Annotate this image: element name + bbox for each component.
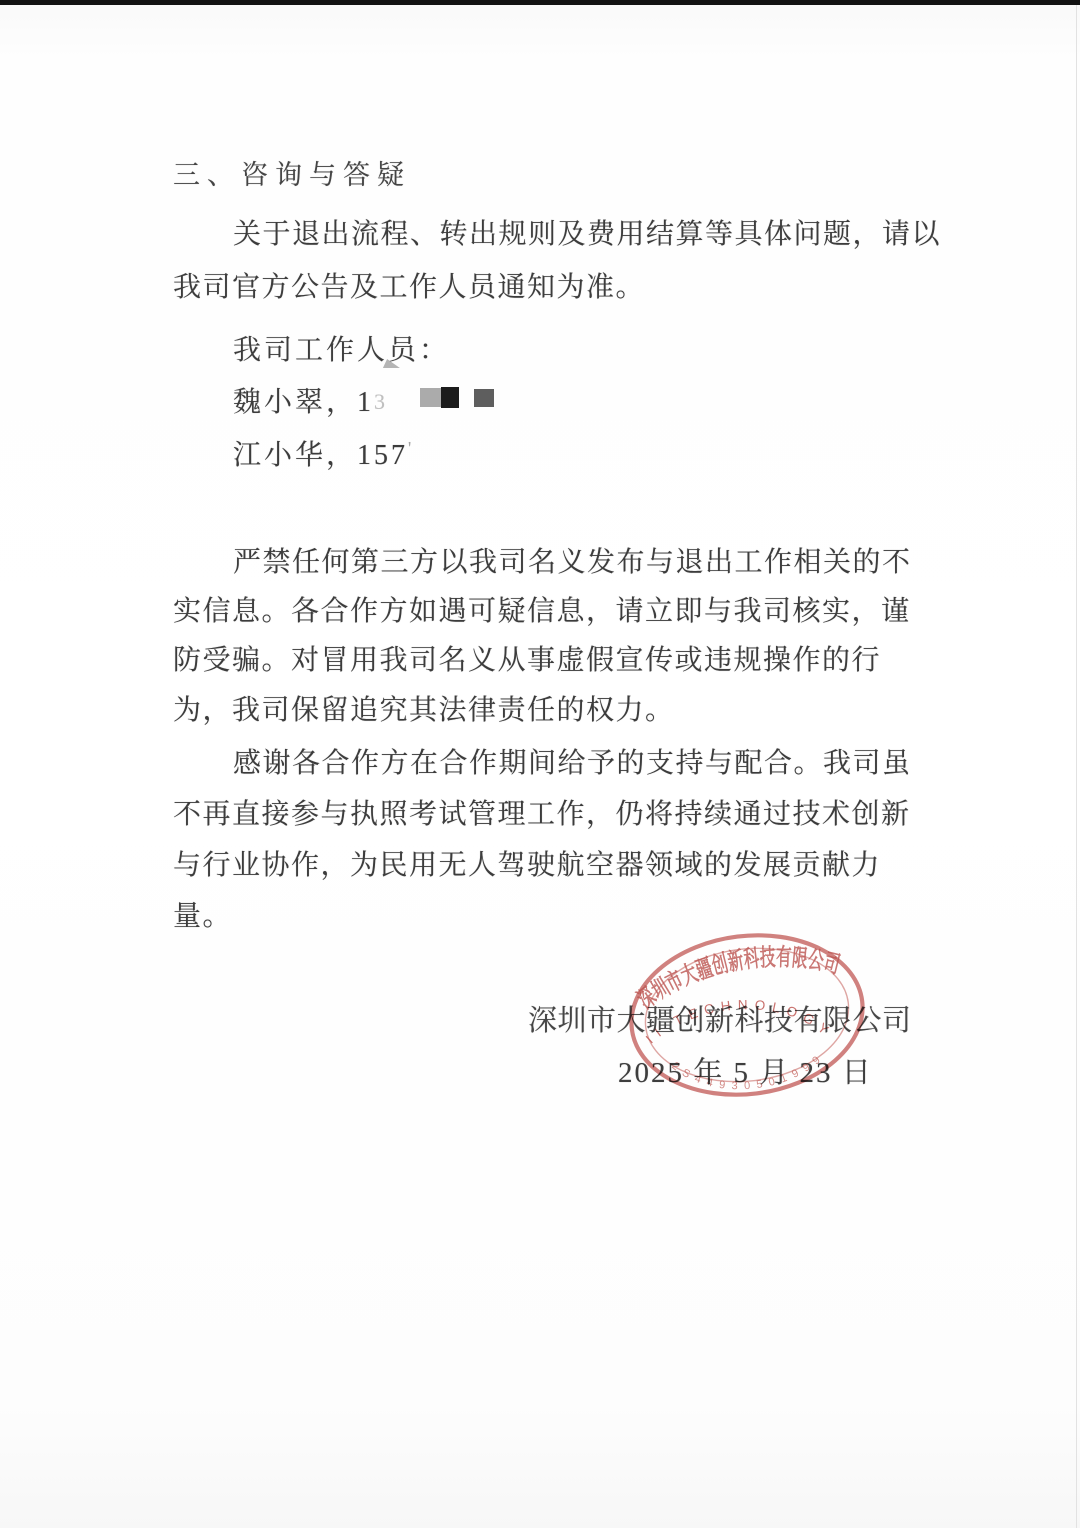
paragraph-line: 我司官方公告及工作人员通知为准。	[173, 265, 645, 305]
redaction-block	[420, 388, 441, 407]
paragraph-line: 严禁任何第三方以我司名义发布与退出工作相关的不	[233, 540, 912, 580]
paragraph-line: 实信息。各合作方如遇可疑信息，请立即与我司核实，谨	[173, 589, 911, 629]
paragraph-line: 关于退出流程、转出规则及费用结算等具体问题，请以	[233, 212, 941, 252]
staff-contact-1: 魏小翠，13	[233, 380, 388, 420]
seal-group: II TECHNOLOGY CO. LTD 2S44930501999 深圳市大…	[622, 922, 872, 1107]
redaction-block	[441, 387, 459, 408]
paragraph-line: 感谢各合作方在合作期间给予的支持与配合。我司虽	[233, 741, 912, 781]
top-black-bar	[0, 0, 1080, 5]
document-page: 三、咨询与答疑 关于退出流程、转出规则及费用结算等具体问题，请以 我司官方公告及…	[0, 0, 1080, 1528]
paragraph-line: 为，我司保留追究其法律责任的权力。	[173, 688, 675, 728]
paragraph-line: 量。	[173, 894, 232, 934]
paragraph-line: 防受骗。对冒用我司名义从事虚假宣传或违规操作的行	[173, 638, 881, 678]
paragraph-line: 与行业协作，为民用无人驾驶航空器领域的发展贡献力	[173, 843, 881, 883]
redaction-block	[474, 389, 494, 407]
staff-label: 我司工作人员：	[233, 328, 450, 368]
staff-contact-2-text: 江小华，157	[233, 440, 408, 471]
paragraph-line: 不再直接参与执照考试管理工作，仍将持续通过技术创新	[173, 792, 911, 832]
section-heading: 三、咨询与答疑	[173, 153, 411, 192]
company-seal: II TECHNOLOGY CO. LTD 2S44930501999 深圳市大…	[613, 913, 881, 1117]
page-edge-line	[1076, 5, 1077, 1528]
redacted-digit-remnant: 3	[374, 389, 388, 414]
redacted-digit-remnant: '	[408, 438, 414, 458]
staff-contact-2: 江小华，157'	[233, 433, 414, 473]
staff-contact-1-text: 魏小翠，1	[233, 387, 374, 418]
